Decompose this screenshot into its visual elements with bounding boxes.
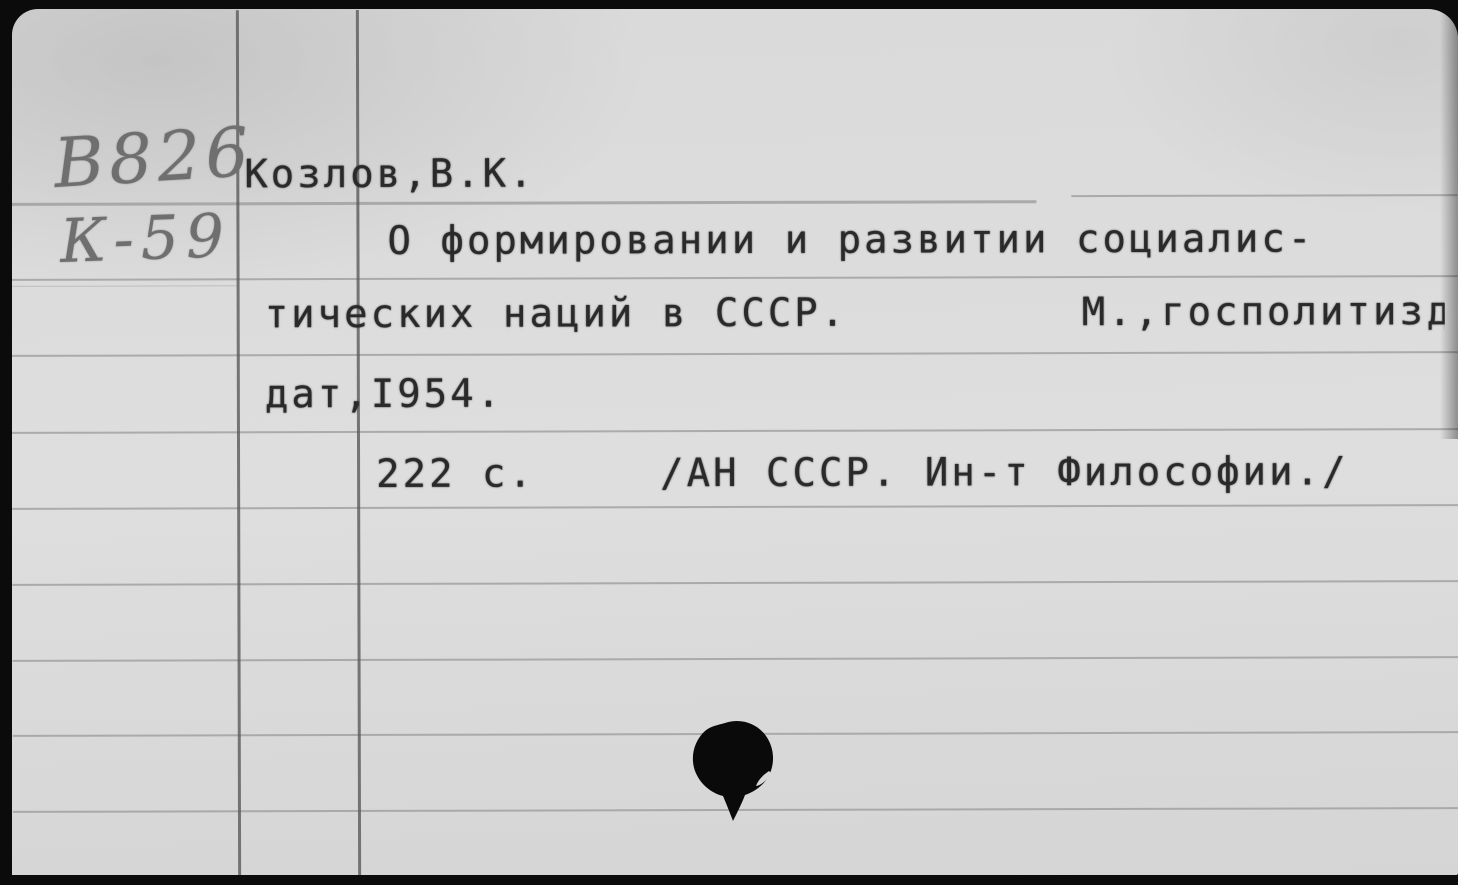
card-right-edge-shadow — [1440, 9, 1458, 439]
title-line-1: О формировании и развитии социалис- — [387, 219, 1314, 260]
imprint-continuation: дат,I954. — [265, 375, 503, 415]
catalog-card: Козлов,В.К. О формировании и развитии со… — [12, 9, 1458, 875]
call-number-cutter: К-59 — [59, 206, 232, 272]
ruled-line — [1071, 194, 1457, 197]
pagination: 222 с. — [376, 455, 535, 494]
title-line-2: тических наций в СССР. — [265, 294, 848, 335]
responsibility-statement: /АН СССР. Ин-т Философии./ — [660, 452, 1349, 493]
call-number-shelf: В826 — [52, 119, 256, 199]
ruled-line — [12, 428, 1458, 434]
ruled-line — [13, 656, 1458, 662]
ruled-line — [12, 580, 1458, 586]
hole-punch-dot — [685, 715, 795, 827]
column-line-right — [356, 10, 361, 875]
imprint-publisher: М.,госполитиз — [1082, 292, 1426, 332]
author-line: Козлов,В.К. — [244, 155, 535, 195]
ruled-line — [12, 275, 1458, 281]
scan-background: Козлов,В.К. О формировании и развитии со… — [0, 0, 1458, 885]
ruled-line — [12, 351, 1458, 357]
ruled-line — [12, 285, 237, 287]
ruled-line — [12, 504, 1458, 510]
